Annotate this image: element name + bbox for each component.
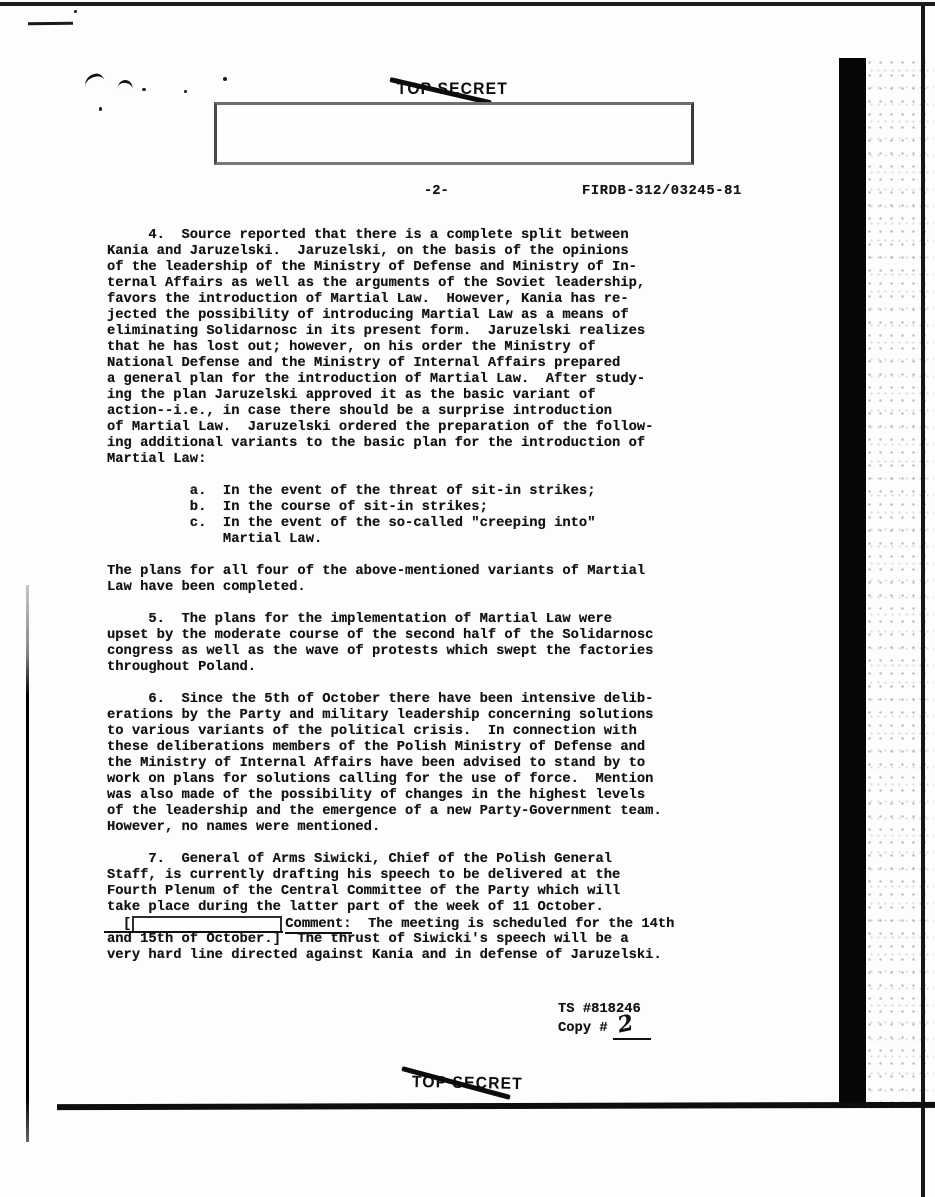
- page-border-right: [921, 5, 925, 1197]
- body-paragraphs: 4. Source reported that there is a compl…: [107, 228, 707, 916]
- text-line: to various variants of the political cri…: [107, 724, 707, 740]
- text-line: favors the introduction of Martial Law. …: [107, 292, 707, 308]
- text-line: Martial Law:: [107, 452, 707, 468]
- text-line: these deliberations members of the Polis…: [107, 740, 707, 756]
- binding-bar: [839, 58, 866, 1105]
- text-line: jected the possibility of introducing Ma…: [107, 308, 707, 324]
- text-line: 7. General of Arms Siwicki, Chief of the…: [107, 852, 707, 868]
- comment-continuation-line: and 15th of October.] The thrust of Siwi…: [107, 932, 707, 948]
- pen-mark: [28, 22, 73, 25]
- text-line: erations by the Party and military leade…: [107, 708, 707, 724]
- text-line: congress as well as the wave of protests…: [107, 644, 707, 660]
- text-line: Law have been completed.: [107, 580, 707, 596]
- pen-mark: [117, 79, 133, 90]
- text-line: [107, 836, 707, 852]
- text-line: 6. Since the 5th of October there have b…: [107, 692, 707, 708]
- text-line: a. In the event of the threat of sit-in …: [107, 484, 707, 500]
- text-line: upset by the moderate course of the seco…: [107, 628, 707, 644]
- text-line: However, no names were mentioned.: [107, 820, 707, 836]
- text-line: [107, 596, 707, 612]
- text-line: 5. The plans for the implementation of M…: [107, 612, 707, 628]
- text-line: the Ministry of Internal Affairs have be…: [107, 756, 707, 772]
- overlined-text: and 15th of October.]: [107, 932, 281, 947]
- ts-number: TS #818246: [558, 1002, 651, 1018]
- continuation-text: The thrust of Siwicki's speech will be a: [281, 932, 629, 947]
- text-line: that he has lost out; however, on his or…: [107, 340, 707, 356]
- document-reference: FIRDB-312/03245-81: [582, 184, 742, 199]
- text-line: Staff, is currently drafting his speech …: [107, 868, 707, 884]
- text-line: [107, 468, 707, 484]
- document-page: TOP SECRET -2- FIRDB-312/03245-81 4. Sou…: [0, 0, 935, 1197]
- pen-mark: [142, 88, 146, 91]
- footer-rule: [57, 1102, 935, 1110]
- text-line: [107, 548, 707, 564]
- document-body: 4. Source reported that there is a compl…: [107, 228, 707, 964]
- page-border-left: [26, 585, 29, 1142]
- copy-line: Copy #2: [558, 1018, 651, 1034]
- text-line: Fourth Plenum of the Central Committee o…: [107, 884, 707, 900]
- text-line: 4. Source reported that there is a compl…: [107, 228, 707, 244]
- text-line: very hard line directed against Kania an…: [107, 948, 707, 964]
- text-line: a general plan for the introduction of M…: [107, 372, 707, 388]
- text-line: action--i.e., in case there should be a …: [107, 404, 707, 420]
- pen-mark: [99, 107, 102, 111]
- text-line: ing the plan Jaruzelski approved it as t…: [107, 388, 707, 404]
- text-line: Kania and Jaruzelski. Jaruzelski, on the…: [107, 244, 707, 260]
- text-line: was also made of the possibility of chan…: [107, 788, 707, 804]
- text-line: b. In the course of sit-in strikes;: [107, 500, 707, 516]
- text-line: National Defense and the Ministry of Int…: [107, 356, 707, 372]
- copy-label: Copy #: [558, 1021, 608, 1036]
- text-line: Martial Law.: [107, 532, 707, 548]
- text-line: of the leadership and the emergence of a…: [107, 804, 707, 820]
- pen-mark: [223, 77, 227, 81]
- text-line: [107, 676, 707, 692]
- text-line: work on plans for solutions calling for …: [107, 772, 707, 788]
- text-line: eliminating Solidarnosc in its present f…: [107, 324, 707, 340]
- text-line: of Martial Law. Jaruzelski ordered the p…: [107, 420, 707, 436]
- redaction-box: [214, 102, 694, 165]
- page-border-top: [0, 2, 935, 6]
- text-line: ternal Affairs as well as the arguments …: [107, 276, 707, 292]
- text-line: c. In the event of the so-called "creepi…: [107, 516, 707, 532]
- text-line: take place during the latter part of the…: [107, 900, 707, 916]
- pen-mark: [184, 90, 187, 93]
- text-line: ing additional variants to the basic pla…: [107, 436, 707, 452]
- pen-mark: [83, 72, 105, 87]
- comment-text: The meeting is scheduled for the 14th: [352, 917, 675, 932]
- page-number: -2-: [424, 184, 449, 199]
- ts-number-block: TS #818246 Copy #2: [558, 1002, 651, 1034]
- copy-number-underline: 2: [613, 1018, 651, 1040]
- handwritten-copy-number: 2: [617, 1017, 635, 1033]
- text-line: The plans for all four of the above-ment…: [107, 564, 707, 580]
- pen-mark: [74, 10, 77, 13]
- text-line: throughout Poland.: [107, 660, 707, 676]
- text-line: of the leadership of the Ministry of Def…: [107, 260, 707, 276]
